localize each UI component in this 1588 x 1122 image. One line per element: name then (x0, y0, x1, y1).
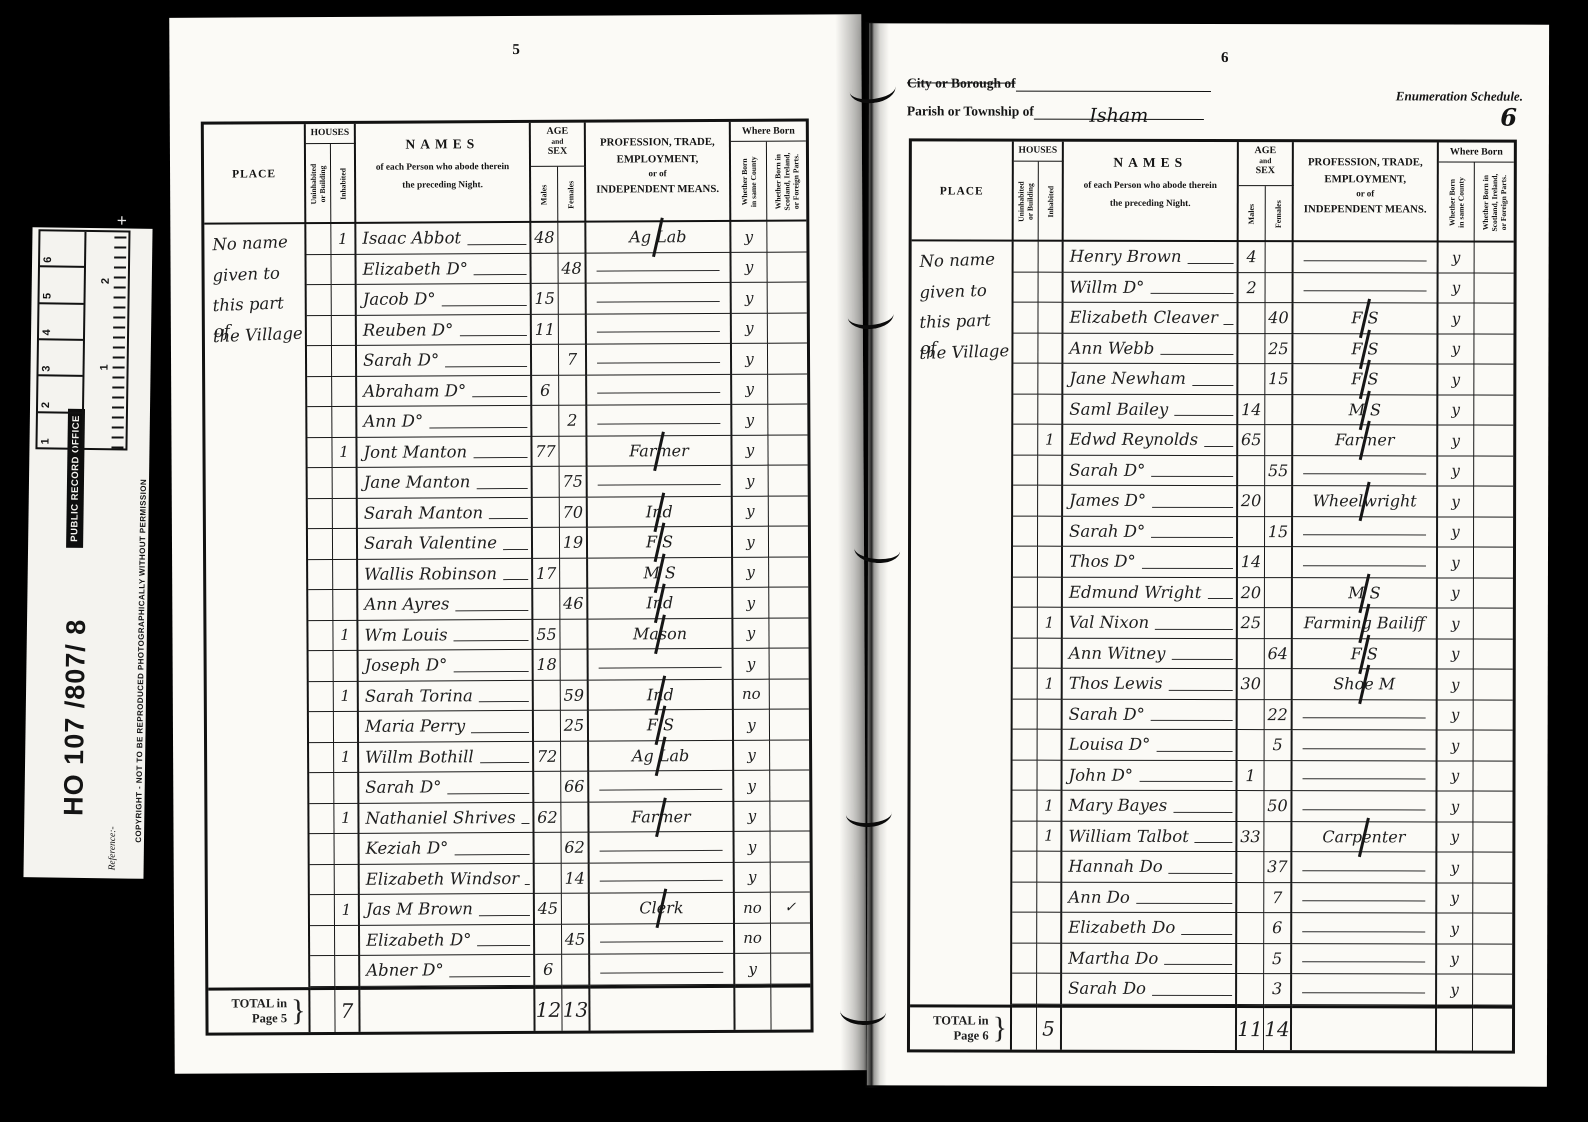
census-row-8-uninhabited (1013, 455, 1038, 486)
census-row-22-born-county: y (735, 862, 771, 893)
census-row-19-born-county: y (734, 771, 770, 802)
census-row-17-born-other (770, 709, 809, 740)
census-row-3-females: 40 (1265, 303, 1293, 334)
ruler-number: 4 (39, 302, 84, 339)
col-inhabited: Inhabited (331, 144, 356, 224)
census-row-9-inhabited (1038, 486, 1063, 517)
census-row-21-profession (1292, 852, 1437, 883)
col-houses: HOUSES (1014, 142, 1064, 162)
census-row-15-inhabited (334, 651, 359, 682)
census-row-25-born-county: y (1437, 974, 1473, 1005)
total-born-other-left (771, 984, 810, 1029)
census-row-4-inhabited (1038, 333, 1063, 364)
census-row-10-born-county: y (1438, 517, 1474, 548)
census-row-13-profession: Farming Bailiff (1293, 608, 1438, 639)
census-row-19-females: 50 (1264, 791, 1292, 822)
census-row-15-inhabited: 1 (1038, 669, 1063, 700)
census-row-15-profession (589, 649, 734, 680)
census-row-9-males (533, 467, 560, 498)
census-row-10-males (533, 497, 560, 528)
census-row-1-name: Isaac Abbot (356, 223, 531, 254)
col-profession: PROFESSION, TRADE,EMPLOYMENT, or ofINDEP… (1294, 142, 1439, 242)
census-row-15-name: Joseph D° (359, 650, 534, 681)
census-row-9-name: Jane Manton (358, 467, 533, 498)
col-place: PLACE (912, 141, 1014, 241)
census-row-19-uninhabited (309, 773, 334, 804)
census-row-7-uninhabited (307, 407, 332, 438)
census-row-21-inhabited (335, 834, 360, 865)
census-row-1-inhabited: 1 (331, 224, 356, 255)
total-born-county-left (735, 984, 771, 1029)
census-row-20-uninhabited (1012, 821, 1037, 852)
census-row-3-males: 15 (532, 284, 559, 315)
census-row-7-inhabited: 1 (1038, 425, 1063, 456)
census-row-2-profession (1294, 273, 1439, 304)
census-row-4-born-county: y (732, 313, 768, 344)
census-row-19-inhabited: 1 (1037, 791, 1062, 822)
census-row-18-males: 72 (534, 741, 561, 772)
census-row-4-profession (587, 313, 732, 344)
census-row-22-uninhabited (1012, 882, 1037, 913)
census-row-21-name: Keziah D° (360, 833, 535, 864)
census-row-17-males (1238, 730, 1265, 761)
census-row-21-born-county: y (1437, 852, 1473, 883)
page-number-right: 6 (1221, 50, 1229, 67)
census-row-13-females (1265, 608, 1293, 639)
census-row-19-profession (589, 771, 734, 802)
census-row-16-males (534, 680, 561, 711)
census-row-2-uninhabited (306, 254, 331, 285)
census-row-13-uninhabited (308, 590, 333, 621)
census-row-11-uninhabited (308, 529, 333, 560)
census-row-10-males (1238, 517, 1265, 548)
census-row-14-name: Wm Louis (358, 619, 533, 650)
census-row-6-profession: M S (1293, 395, 1438, 426)
census-row-5-males (532, 345, 559, 376)
census-row-22-born-other (1473, 883, 1512, 914)
census-row-12-profession: M S (1293, 578, 1438, 609)
census-row-14-inhabited: 1 (333, 620, 358, 651)
census-row-3-uninhabited (1013, 303, 1038, 334)
census-row-10-females: 70 (560, 497, 588, 528)
census-row-19-born-other (770, 770, 809, 801)
parish-township-line: Parish or Township ofIsham (907, 103, 1204, 120)
census-row-24-males (1237, 944, 1264, 975)
census-row-22-inhabited (335, 864, 360, 895)
census-row-15-born-other (770, 648, 809, 679)
census-row-18-name: Willm Bothill (359, 741, 534, 772)
col-females: Females (1266, 186, 1294, 242)
col-uninhabited: Uninhabitedor Building (306, 144, 331, 224)
census-row-4-profession: F S (1293, 334, 1438, 365)
census-row-22-females: 14 (562, 863, 590, 894)
total-names-right (1062, 1004, 1237, 1049)
census-row-8-inhabited (1038, 455, 1063, 486)
census-row-10-uninhabited (308, 498, 333, 529)
census-row-8-born-other (768, 435, 807, 466)
census-row-21-inhabited (1037, 852, 1062, 883)
census-row-19-profession (1292, 791, 1437, 822)
left-page: 5 PLACE HOUSES Uninhabitedor Building In… (169, 14, 867, 1074)
ruler-tick-band: 1 2 (83, 232, 126, 449)
census-row-21-born-other (1473, 853, 1512, 884)
census-row-11-born-county: y (733, 527, 769, 558)
reference-label: Reference:- (108, 826, 119, 870)
census-row-19-inhabited (334, 773, 359, 804)
census-row-16-born-county: y (1438, 700, 1474, 731)
census-row-13-inhabited (333, 590, 358, 621)
census-row-22-name: Elizabeth Windsor (360, 863, 535, 894)
census-row-15-females (561, 650, 589, 681)
census-row-21-name: Hannah Do (1062, 852, 1237, 883)
census-row-6-name: Saml Bailey (1063, 394, 1238, 425)
census-row-14-females (560, 619, 588, 650)
census-row-5-profession: F S (1293, 364, 1438, 395)
census-row-8-born-county: y (1438, 456, 1474, 487)
col-age-sex: AGEandSEX (1239, 142, 1294, 186)
col-age-sex: AGEandSEX (531, 123, 586, 167)
census-row-23-males (1237, 913, 1264, 944)
census-row-20-males: 62 (534, 802, 561, 833)
total-born-other-right (1473, 1005, 1512, 1050)
census-row-20-name: William Talbot (1062, 821, 1237, 852)
col-females: Females (558, 167, 586, 223)
census-row-17-born-county: y (1438, 730, 1474, 761)
census-row-12-uninhabited (1013, 577, 1038, 608)
census-row-13-born-other (769, 587, 808, 618)
census-row-14-uninhabited (308, 620, 333, 651)
census-row-17-born-other (1474, 731, 1513, 762)
census-row-21-born-other (771, 831, 810, 862)
census-row-16-males (1238, 700, 1265, 731)
census-row-15-females (1265, 669, 1293, 700)
census-table-right: PLACE HOUSES Uninhabitedor Building Inha… (907, 138, 1517, 1053)
ruler-number: 5 (39, 266, 84, 303)
copyright-notice: COPYRIGHT - NOT TO BE REPRODUCED PHOTOGR… (134, 479, 148, 843)
census-row-13-born-county: y (1438, 608, 1474, 639)
census-row-12-uninhabited (308, 559, 333, 590)
census-row-8-uninhabited (307, 437, 332, 468)
census-row-6-name: Abraham D° (357, 375, 532, 406)
census-row-18-born-other (1474, 761, 1513, 792)
census-row-9-born-county: y (733, 466, 769, 497)
census-row-12-females (1265, 578, 1293, 609)
census-row-5-males (1238, 364, 1265, 395)
census-row-16-uninhabited (309, 681, 334, 712)
census-row-6-females (1265, 395, 1293, 426)
census-row-20-born-county: y (1437, 822, 1473, 853)
census-row-6-females (559, 375, 587, 406)
census-row-5-born-county: y (732, 344, 768, 375)
census-row-10-uninhabited (1013, 516, 1038, 547)
total-males-left: 12 (535, 985, 562, 1030)
total-inhabited-left: 7 (335, 986, 360, 1031)
total-females-right: 14 (1264, 1005, 1292, 1050)
census-row-24-males (535, 924, 562, 955)
brace: } (291, 994, 306, 1028)
census-row-9-uninhabited (1013, 486, 1038, 517)
census-row-4-males: 11 (532, 314, 559, 345)
census-row-16-name: Sarah D° (1063, 699, 1238, 730)
census-row-14-profession: Mason (588, 618, 733, 649)
census-row-5-born-county: y (1438, 364, 1474, 395)
census-row-16-name: Sarah Torina (359, 680, 534, 711)
census-row-7-females (1265, 425, 1293, 456)
page-number-left: 5 (512, 42, 520, 59)
census-row-22-males (535, 863, 562, 894)
census-row-7-males (532, 406, 559, 437)
census-row-22-females: 7 (1264, 883, 1292, 914)
census-row-15-profession: Shoe M (1293, 669, 1438, 700)
census-row-19-uninhabited (1012, 791, 1037, 822)
census-row-17-females: 25 (561, 711, 589, 742)
place-note-left: No namegiven to this part ofthe Village (204, 224, 310, 987)
census-row-16-inhabited: 1 (334, 681, 359, 712)
census-row-10-born-county: y (733, 496, 769, 527)
total-profession-right (1292, 1005, 1437, 1050)
census-row-20-profession: Carpenter (1292, 822, 1437, 853)
census-row-1-females (558, 223, 586, 254)
census-row-10-inhabited (333, 498, 358, 529)
col-inhabited: Inhabited (1039, 162, 1064, 242)
census-row-13-name: Val Nixon (1063, 608, 1238, 639)
census-row-25-inhabited (1037, 974, 1062, 1005)
census-row-18-females (1265, 761, 1293, 792)
census-row-24-inhabited (1037, 943, 1062, 974)
place-note-right: No namegiven to this part ofthe Village (910, 241, 1014, 1004)
census-row-13-name: Ann Ayres (358, 589, 533, 620)
census-row-6-born-county: y (732, 374, 768, 405)
census-row-20-born-other (770, 801, 809, 832)
census-row-8-profession: Farmer (587, 435, 732, 466)
census-row-1-born-county: y (1439, 242, 1475, 273)
ruler-number: 6 (40, 231, 84, 266)
census-row-23-uninhabited (310, 895, 335, 926)
census-row-16-females: 59 (561, 680, 589, 711)
census-row-11-uninhabited (1013, 547, 1038, 578)
col-houses: HOUSES (306, 124, 356, 144)
census-row-15-born-county: y (734, 649, 770, 680)
census-row-1-born-other (1475, 243, 1514, 274)
census-row-20-born-other (1473, 822, 1512, 853)
census-row-15-males: 18 (534, 650, 561, 681)
census-row-8-males: 77 (532, 436, 559, 467)
census-row-5-females: 7 (559, 345, 587, 376)
census-row-8-males (1238, 456, 1265, 487)
census-row-18-uninhabited (1013, 760, 1038, 791)
census-row-7-females: 2 (559, 406, 587, 437)
census-row-18-born-county: y (1438, 761, 1474, 792)
census-row-10-born-other (769, 496, 808, 527)
pro-strip-content: Reference:- HO 107 /807/ 8 PUBLIC RECORD… (23, 227, 152, 879)
ruler-inch-cells: 1 2 3 4 5 6 (37, 231, 86, 448)
right-page: 6 City or Borough of Parish or Township … (867, 23, 1549, 1086)
census-row-8-name: Sarah D° (1063, 455, 1238, 486)
census-row-2-males (531, 253, 558, 284)
census-row-21-uninhabited (310, 834, 335, 865)
census-row-16-born-county: no (734, 679, 770, 710)
census-row-12-males: 20 (1238, 578, 1265, 609)
census-row-16-inhabited (1038, 699, 1063, 730)
census-row-18-inhabited: 1 (334, 742, 359, 773)
census-row-4-born-other (1474, 334, 1513, 365)
census-row-11-inhabited (1038, 547, 1063, 578)
census-row-6-born-county: y (1438, 395, 1474, 426)
census-row-11-born-county: y (1438, 547, 1474, 578)
census-row-12-born-other (769, 557, 808, 588)
col-born-same-county: Whether Bornin same County (731, 142, 767, 222)
table-header-right: PLACE HOUSES Uninhabitedor Building Inha… (912, 141, 1514, 242)
census-row-4-males (1238, 334, 1265, 365)
census-row-11-name: Sarah Valentine (358, 528, 533, 559)
census-row-19-name: Mary Bayes (1062, 791, 1237, 822)
total-males-right: 11 (1237, 1005, 1264, 1050)
census-row-25-name: Abner D° (360, 955, 535, 986)
census-row-17-males (534, 711, 561, 742)
total-uninhabited-left (310, 986, 335, 1031)
census-row-23-females (562, 894, 590, 925)
census-row-1-profession (1294, 242, 1439, 273)
census-row-11-profession (1293, 547, 1438, 578)
census-row-1-born-county: y (731, 222, 767, 253)
census-row-2-inhabited (1039, 272, 1064, 303)
census-row-16-born-other (1474, 700, 1513, 731)
census-row-12-name: Wallis Robinson (358, 558, 533, 589)
census-row-24-name: Martha Do (1062, 943, 1237, 974)
census-row-2-name: Willm D° (1064, 272, 1239, 303)
census-row-6-inhabited (332, 376, 357, 407)
census-row-12-born-county: y (1438, 578, 1474, 609)
census-row-1-uninhabited (1014, 242, 1039, 273)
col-place: PLACE (204, 124, 307, 225)
census-row-17-name: Louisa D° (1063, 730, 1238, 761)
census-row-2-born-county: y (731, 252, 767, 283)
census-row-14-males: 55 (533, 619, 560, 650)
census-row-16-profession: Ind (589, 679, 734, 710)
census-row-19-males (534, 772, 561, 803)
census-row-5-uninhabited (307, 346, 332, 377)
census-row-18-uninhabited (309, 742, 334, 773)
census-row-12-males: 17 (533, 558, 560, 589)
ruler-number: 2 (38, 375, 83, 412)
table-header-left: PLACE HOUSES Uninhabitedor Building Inha… (204, 121, 807, 224)
census-row-4-name: Reuben D° (357, 314, 532, 345)
census-row-1-inhabited (1039, 242, 1064, 273)
census-row-6-males: 6 (532, 375, 559, 406)
census-row-6-born-other (768, 374, 807, 405)
census-row-3-females (559, 284, 587, 315)
ruler-tick-number: 2 (100, 278, 112, 284)
census-row-10-inhabited (1038, 516, 1063, 547)
census-row-17-inhabited (334, 712, 359, 743)
census-row-18-profession (1293, 761, 1438, 792)
census-row-24-born-other (1473, 944, 1512, 975)
census-row-16-profession (1293, 700, 1438, 731)
total-uninhabited-right (1012, 1004, 1037, 1049)
census-row-14-born-other (1474, 639, 1513, 670)
col-where-born: Where Born (731, 121, 806, 141)
total-inhabited-right: 5 (1037, 1004, 1062, 1049)
col-uninhabited: Uninhabitedor Building (1014, 162, 1039, 242)
census-row-9-females (1265, 486, 1293, 517)
census-row-17-profession (1293, 730, 1438, 761)
census-row-22-born-county: y (1437, 883, 1473, 914)
census-row-3-born-county: y (1438, 303, 1474, 334)
census-row-2-born-other (1475, 273, 1514, 304)
census-row-25-born-other (1473, 975, 1512, 1006)
census-row-9-born-county: y (1438, 486, 1474, 517)
census-row-19-born-other (1473, 792, 1512, 823)
census-row-3-born-other (1474, 304, 1513, 335)
census-row-23-uninhabited (1012, 913, 1037, 944)
total-names-left (360, 985, 535, 1031)
census-row-17-name: Maria Perry (359, 711, 534, 742)
census-row-18-name: John D° (1063, 760, 1238, 791)
census-row-10-profession: Ind (588, 496, 733, 527)
census-row-20-born-county: y (734, 801, 770, 832)
col-males: Males (1239, 186, 1266, 242)
census-row-7-profession: Farmer (1293, 425, 1438, 456)
col-where-born: Where Born (1439, 142, 1514, 162)
census-row-7-profession (587, 405, 732, 436)
census-row-22-profession (590, 862, 735, 893)
census-row-4-uninhabited (307, 315, 332, 346)
census-row-20-name: Nathaniel Shrives (359, 802, 534, 833)
census-row-4-born-other (768, 313, 807, 344)
census-row-18-males: 1 (1238, 761, 1265, 792)
census-row-24-born-county: no (735, 923, 771, 954)
col-names: NAMES of each Person who abode therein t… (1064, 142, 1239, 242)
census-row-13-inhabited: 1 (1038, 608, 1063, 639)
census-row-6-profession (587, 374, 732, 405)
census-row-2-females (1266, 273, 1294, 304)
census-row-23-born-county: y (1437, 913, 1473, 944)
census-row-5-inhabited (332, 346, 357, 377)
census-row-16-born-other (770, 679, 809, 710)
census-row-4-females: 25 (1265, 334, 1293, 365)
census-row-22-inhabited (1037, 882, 1062, 913)
census-row-1-females (1266, 242, 1294, 273)
brace: } (993, 1011, 1007, 1045)
census-row-17-born-county: y (734, 710, 770, 741)
census-row-2-born-county: y (1439, 273, 1475, 304)
col-born-elsewhere: Whether Born inScotland, Ireland,or Fore… (1475, 163, 1514, 243)
census-row-3-uninhabited (307, 285, 332, 316)
census-row-11-born-other (1474, 548, 1513, 579)
census-row-23-males: 45 (535, 894, 562, 925)
census-row-10-name: Sarah Manton (358, 497, 533, 528)
census-row-22-born-other (771, 862, 810, 893)
census-row-7-inhabited (332, 407, 357, 438)
census-row-15-uninhabited (309, 651, 334, 682)
census-row-12-inhabited (1038, 577, 1063, 608)
census-row-1-name: Henry Brown (1064, 242, 1239, 273)
census-row-20-males: 33 (1237, 822, 1264, 853)
census-row-15-born-county: y (1438, 669, 1474, 700)
census-row-23-profession: Clerk (590, 893, 735, 924)
census-row-24-name: Elizabeth D° (360, 924, 535, 955)
census-row-7-born-other (1474, 426, 1513, 457)
census-row-9-name: James D° (1063, 486, 1238, 517)
census-row-14-name: Ann Witney (1063, 638, 1238, 669)
census-row-2-males: 2 (1239, 273, 1266, 304)
census-row-13-females: 46 (560, 589, 588, 620)
census-row-3-born-other (768, 282, 807, 313)
census-row-13-males (533, 589, 560, 620)
census-row-9-born-other (769, 465, 808, 496)
census-row-5-name: Sarah D° (357, 345, 532, 376)
census-row-18-born-county: y (734, 740, 770, 771)
